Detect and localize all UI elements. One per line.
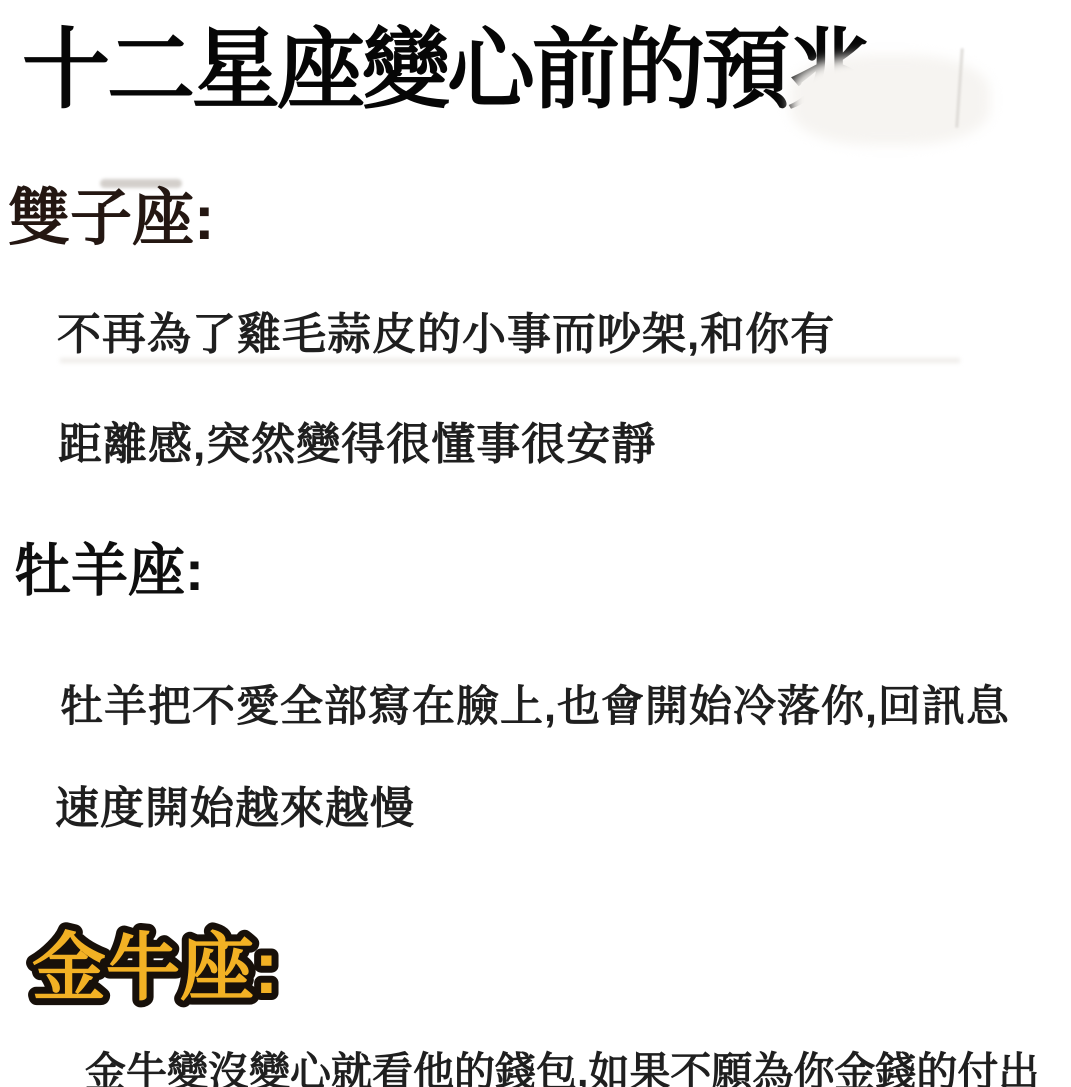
aries-line-2: 速度開始越來越慢 — [55, 787, 415, 831]
taurus-line-1: 金牛變沒變心就看他的錢包,如果不願為你金錢的付出 — [85, 1052, 1039, 1087]
page-title: 十二星座變心前的預兆 — [22, 26, 872, 114]
heading-aries: 牡羊座: — [14, 543, 204, 600]
gemini-line-2: 距離感,突然變得很懂事很安靜 — [58, 423, 656, 467]
meme-page: 十二星座變心前的預兆 雙子座: 不再為了雞毛蒜皮的小事而吵架,和你有 距離感,突… — [0, 0, 1071, 1087]
heading-gemini: 雙子座: — [8, 188, 215, 250]
heading-taurus: 金牛座: — [32, 926, 279, 1009]
heading-taurus-sticker: 金牛座: — [18, 905, 398, 1025]
aries-line-1: 牡羊把不愛全部寫在臉上,也會開始冷落你,回訊息 — [60, 686, 1010, 729]
gemini-line-1: 不再為了雞毛蒜皮的小事而吵架,和你有 — [57, 313, 835, 357]
artifact-smudge — [955, 48, 964, 128]
